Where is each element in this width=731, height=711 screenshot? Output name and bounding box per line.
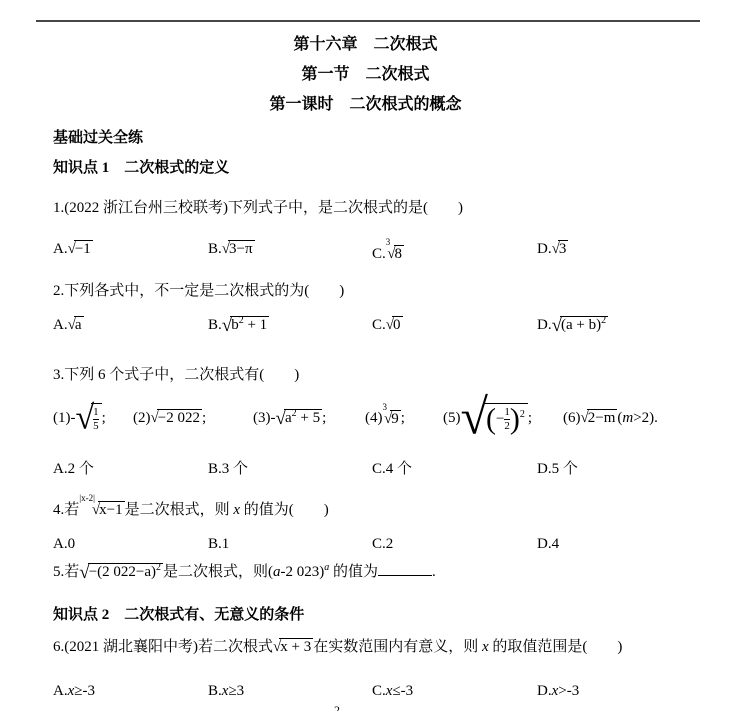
left-paren: ( xyxy=(486,403,496,436)
radicand: a xyxy=(74,316,84,333)
q4-option-b: B.1 xyxy=(208,533,229,555)
radicand-base: b xyxy=(231,317,239,333)
expr-suffix: ; xyxy=(322,410,326,427)
stem-middle-3: 的值为 xyxy=(329,564,378,580)
option-label: B. xyxy=(208,317,222,333)
root-index: 3 xyxy=(386,237,391,247)
sqrt-expression: √−(2 022−a)2 xyxy=(79,561,163,583)
option-label: C. xyxy=(372,317,386,333)
stem-suffix: 的值为( ) xyxy=(240,502,329,518)
q6-option-c: C.x≤-3 xyxy=(372,680,413,702)
radicand: 15 xyxy=(91,403,102,433)
expr-prefix: (6) xyxy=(563,410,581,427)
q3-option-c: C.4 个 xyxy=(372,458,412,480)
sqrt-expression: √(a + b)2 xyxy=(552,314,609,336)
sqrt-expression: √a2 + 5 xyxy=(276,410,323,427)
sqrt-expression: √b2 + 1 xyxy=(222,314,269,336)
q3-expression-list: (1)-√15; (2)√−2 022; (3)-√a2 + 5; (4)3√9… xyxy=(53,390,713,446)
q1-option-c: C.3√8 xyxy=(372,238,404,265)
answer-blank xyxy=(378,561,432,576)
next-line-fragment: 2 xyxy=(334,704,340,711)
q1-option-d: D.√3 xyxy=(537,238,568,260)
q3-expr-2: (2)√−2 022; xyxy=(133,390,206,446)
radicand: x + 3 xyxy=(279,638,313,655)
knowledge-point-1-heading: 知识点 1 二次根式的定义 xyxy=(53,157,229,179)
sqrt-expression: √3−π xyxy=(222,238,255,260)
q4-option-c: C.2 xyxy=(372,533,393,555)
q6-option-a: A.x≥-3 xyxy=(53,680,95,702)
radicand-exponent: 2 xyxy=(601,315,606,326)
q5-stem: 5.若√−(2 022−a)2是二次根式，则(a-2 023)a 的值为. xyxy=(53,561,436,583)
q4-stem: 4.若|x-2|√x−1是二次根式，则 x 的值为( ) xyxy=(53,494,329,521)
option-label: A. xyxy=(53,317,68,333)
sqrt-expression: √a xyxy=(68,314,84,336)
minus-sign: − xyxy=(496,411,504,427)
q3-option-d: D.5 个 xyxy=(537,458,578,480)
option-label: C. xyxy=(372,683,386,699)
radicand-base: −(2 022−a) xyxy=(89,564,156,580)
stem-middle: 在实数范围内有意义，则 xyxy=(313,639,482,655)
knowledge-point-2-heading: 知识点 2 二次根式有、无意义的条件 xyxy=(53,604,304,626)
sqrt-expression: √2−m xyxy=(581,410,618,427)
radicand: 9 xyxy=(390,410,401,427)
q3-expr-3: (3)-√a2 + 5; xyxy=(253,390,326,446)
radicand: (a + b)2 xyxy=(560,316,608,333)
radicand: −1 xyxy=(74,240,93,257)
option-relation: ≥3 xyxy=(228,683,244,699)
q2-option-d: D.√(a + b)2 xyxy=(537,314,608,336)
option-label: D. xyxy=(537,683,552,699)
expr-suffix: ; xyxy=(202,410,206,427)
stem-suffix: 的取值范围是( ) xyxy=(489,639,623,655)
section-title: 第一节 二次根式 xyxy=(0,64,731,86)
q1-option-b: B.√3−π xyxy=(208,238,255,260)
radicand-rest: + 5 xyxy=(297,410,320,426)
q3-expr-1: (1)-√15; xyxy=(53,390,106,446)
q2-option-c: C.√0 xyxy=(372,314,403,336)
sqrt-expression: √15 xyxy=(76,403,102,433)
radicand-rest: + 1 xyxy=(244,317,267,333)
stem-prefix: 6.(2021 湖北襄阳中考)若二次根式 xyxy=(53,639,273,655)
q2-option-a: A.√a xyxy=(53,314,84,336)
option-label: A. xyxy=(53,241,68,257)
lesson-title: 第一课时 二次根式的概念 xyxy=(0,94,731,116)
option-label: B. xyxy=(208,241,222,257)
option-label: B. xyxy=(208,683,222,699)
q6-option-d: D.x>-3 xyxy=(537,680,579,702)
radicand-exponent: 2 xyxy=(156,562,161,573)
radicand: 3−π xyxy=(228,240,255,257)
q1-option-a: A.√−1 xyxy=(53,238,93,260)
radicand: −(2 022−a)2 xyxy=(88,563,163,580)
q3-option-b: B.3 个 xyxy=(208,458,248,480)
radicand: 8 xyxy=(394,245,405,262)
radicand-base: (a + b) xyxy=(561,317,601,333)
q3-expr-4: (4)3√9; xyxy=(365,390,405,446)
sqrt-expression: √0 xyxy=(386,314,403,336)
q2-option-b: B.√b2 + 1 xyxy=(208,314,269,336)
variable-a: a xyxy=(273,564,281,580)
root-index: |x-2| xyxy=(79,493,95,503)
variable-x: x xyxy=(482,639,489,655)
expr-suffix: ; xyxy=(401,410,405,427)
q3-expr-5: (5)√(−12)2; xyxy=(443,390,532,446)
stem-prefix: 5.若 xyxy=(53,564,79,580)
stem-middle: 是二次根式，则 xyxy=(125,502,234,518)
radicand: 0 xyxy=(392,316,403,333)
q1-stem: 1.(2022 浙江台州三校联考)下列式子中，是二次根式的是( ) xyxy=(53,197,463,219)
q3-option-a: A.2 个 xyxy=(53,458,94,480)
expr-prefix: (1)- xyxy=(53,410,76,427)
option-relation: ≥-3 xyxy=(74,683,95,699)
radicand: b2 + 1 xyxy=(230,316,269,333)
root-index: 3 xyxy=(383,402,388,412)
option-label: D. xyxy=(537,241,552,257)
stem-middle-1: 是二次根式，则( xyxy=(163,564,273,580)
q3-stem: 3.下列 6 个式子中，二次根式有( ) xyxy=(53,364,299,386)
sqrt-expression: √−2 022 xyxy=(151,410,202,427)
expr-suffix: ; xyxy=(102,410,106,427)
expr-prefix: (4) xyxy=(365,410,383,427)
condition-rest: >2). xyxy=(633,410,658,427)
radical-sign: √ xyxy=(76,399,93,436)
q2-stem: 2.下列各式中，不一定是二次根式的为( ) xyxy=(53,280,344,302)
exponent: 2 xyxy=(520,409,525,420)
fraction: 15 xyxy=(93,406,99,433)
stem-prefix: 4.若 xyxy=(53,502,79,518)
nth-root-expression: |x-2|√x−1 xyxy=(79,494,124,521)
denominator: 5 xyxy=(93,419,99,433)
expr-prefix: (2) xyxy=(133,410,151,427)
expr-suffix: ; xyxy=(528,410,532,427)
radicand-base: a xyxy=(285,410,292,426)
q3-expr-6: (6)√2−m(m>2). xyxy=(563,390,658,446)
worksheet-page: 第十六章 二次根式 第一节 二次根式 第一课时 二次根式的概念 基础过关全练 知… xyxy=(0,0,731,711)
radical-sign: √ xyxy=(461,388,485,444)
header-rule xyxy=(36,20,700,22)
sqrt-expression: √−1 xyxy=(68,238,93,260)
stem-end: . xyxy=(432,564,436,580)
q4-option-d: D.4 xyxy=(537,533,559,555)
q6-option-b: B.x≥3 xyxy=(208,680,244,702)
option-relation: >-3 xyxy=(558,683,579,699)
variable-x: x xyxy=(233,502,240,518)
numerator: 1 xyxy=(93,406,99,419)
radicand: −2 022 xyxy=(157,409,202,426)
practice-heading: 基础过关全练 xyxy=(53,127,143,149)
option-relation: ≤-3 xyxy=(392,683,413,699)
option-label: C. xyxy=(372,246,386,262)
radicand: 2−m xyxy=(587,409,618,426)
expr-prefix: (5) xyxy=(443,410,461,427)
right-paren: ) xyxy=(510,403,520,436)
cube-root-expression: 3√9 xyxy=(383,409,401,428)
expr-prefix: (3)- xyxy=(253,410,276,427)
radicand: x−1 xyxy=(98,501,124,518)
radicand: a2 + 5 xyxy=(284,409,322,426)
cube-root-expression: 3√8 xyxy=(386,238,404,265)
variable-m: m xyxy=(622,410,633,427)
radicand: (−12)2 xyxy=(484,403,528,433)
q4-option-a: A.0 xyxy=(53,533,75,555)
q6-stem: 6.(2021 湖北襄阳中考)若二次根式√x + 3在实数范围内有意义，则 x … xyxy=(53,636,622,658)
stem-middle-2: -2 023) xyxy=(281,564,325,580)
option-label: A. xyxy=(53,683,68,699)
sqrt-expression: √x + 3 xyxy=(273,636,313,658)
radicand: 3 xyxy=(558,240,569,257)
chapter-title: 第十六章 二次根式 xyxy=(0,34,731,56)
sqrt-expression: √3 xyxy=(552,238,569,260)
option-label: D. xyxy=(537,317,552,333)
sqrt-expression: √(−12)2 xyxy=(461,403,528,433)
